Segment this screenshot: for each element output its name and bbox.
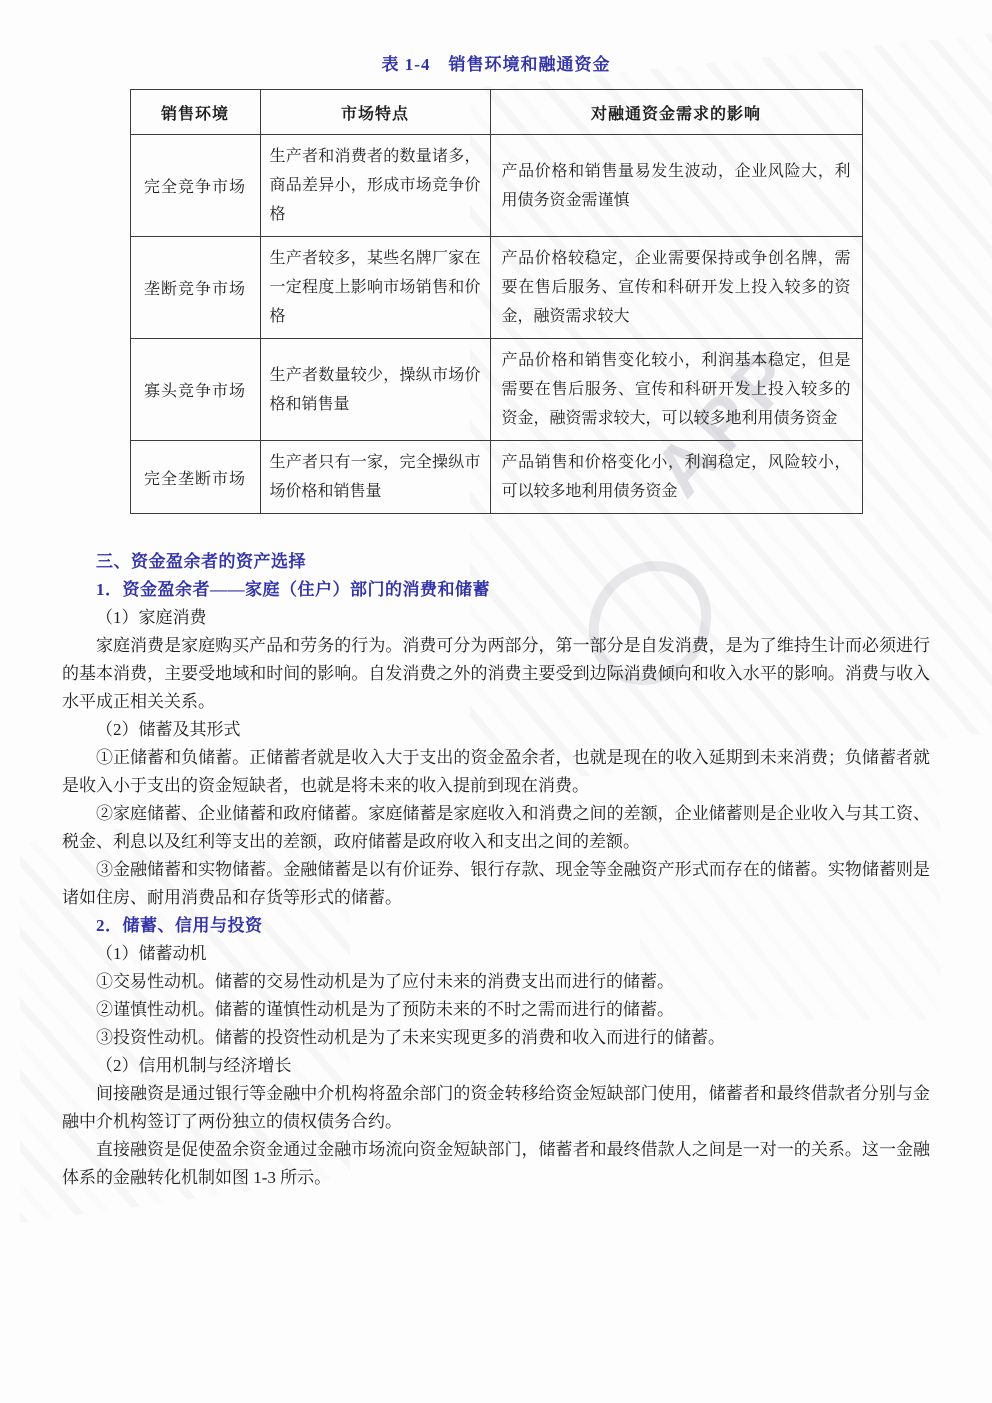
cell-feature: 生产者数量较少，操纵市场价格和销售量 bbox=[260, 339, 490, 441]
subsection-heading-1: 1．资金盈余者——家庭（住户）部门的消费和储蓄 bbox=[62, 576, 930, 604]
cell-feature: 生产者较多，某些名牌厂家在一定程度上影响市场销售和价格 bbox=[260, 237, 490, 339]
header-market-feature: 市场特点 bbox=[260, 90, 490, 135]
paragraph-investment-motive: ③投资性动机。储蓄的投资性动机是为了未来实现更多的消费和收入而进行的储蓄。 bbox=[62, 1024, 930, 1052]
body-text: 三、资金盈余者的资产选择 1．资金盈余者——家庭（住户）部门的消费和储蓄 （1）… bbox=[62, 548, 930, 1192]
paragraph-indirect-financing: 间接融资是通过银行等金融中介机构将盈余部门的资金转移给资金短缺部门使用，储蓄者和… bbox=[62, 1080, 930, 1136]
table-caption: 表 1-4 销售环境和融通资金 bbox=[0, 0, 992, 75]
table-row: 完全竞争市场 生产者和消费者的数量诸多，商品差异小，形成市场竞争价格 产品价格和… bbox=[130, 135, 862, 237]
paragraph-direct-financing: 直接融资是促使盈余资金通过金融市场流向资金短缺部门，储蓄者和最终借款人之间是一对… bbox=[62, 1136, 930, 1192]
cell-feature: 生产者和消费者的数量诸多，商品差异小，形成市场竞争价格 bbox=[260, 135, 490, 237]
paragraph-household-consumption: 家庭消费是家庭购买产品和劳务的行为。消费可分为两部分，第一部分是自发消费，是为了… bbox=[62, 632, 930, 716]
header-financing-impact: 对融通资金需求的影响 bbox=[490, 90, 862, 135]
table-header-row: 销售环境 市场特点 对融通资金需求的影响 bbox=[130, 90, 862, 135]
table-row: 垄断竞争市场 生产者较多，某些名牌厂家在一定程度上影响市场销售和价格 产品价格较… bbox=[130, 237, 862, 339]
cell-feature: 生产者只有一家，完全操纵市场价格和销售量 bbox=[260, 441, 490, 514]
scanned-document-page: APP 表 1-4 销售环境和融通资金 销售环境 市场特点 对融通资金需求的影响… bbox=[0, 0, 992, 1403]
table-row: 寡头竞争市场 生产者数量较少，操纵市场价格和销售量 产品价格和销售变化较小，利润… bbox=[130, 339, 862, 441]
cell-environment: 垄断竞争市场 bbox=[130, 237, 260, 339]
cell-impact: 产品价格较稳定，企业需要保持或争创名牌，需要在售后服务、宣传和科研开发上投入较多… bbox=[490, 237, 862, 339]
paragraph-positive-negative-saving: ①正储蓄和负储蓄。正储蓄者就是收入大于支出的资金盈余者，也就是现在的收入延期到未… bbox=[62, 744, 930, 800]
cell-environment: 完全竞争市场 bbox=[130, 135, 260, 237]
paragraph-transaction-motive: ①交易性动机。储蓄的交易性动机是为了应付未来的消费支出而进行的储蓄。 bbox=[62, 968, 930, 996]
sales-environment-table: 销售环境 市场特点 对融通资金需求的影响 完全竞争市场 生产者和消费者的数量诸多… bbox=[130, 89, 863, 514]
header-sales-environment: 销售环境 bbox=[130, 90, 260, 135]
item-heading-household-consumption: （1）家庭消费 bbox=[62, 604, 930, 632]
item-heading-saving-motives: （1）储蓄动机 bbox=[62, 940, 930, 968]
cell-impact: 产品销售和价格变化小，利润稳定，风险较小，可以较多地利用债务资金 bbox=[490, 441, 862, 514]
item-heading-credit-mechanism: （2）信用机制与经济增长 bbox=[62, 1052, 930, 1080]
item-heading-savings-forms: （2）储蓄及其形式 bbox=[62, 716, 930, 744]
cell-impact: 产品价格和销售量易发生波动，企业风险大，利用债务资金需谨慎 bbox=[490, 135, 862, 237]
table-row: 完全垄断市场 生产者只有一家，完全操纵市场价格和销售量 产品销售和价格变化小，利… bbox=[130, 441, 862, 514]
cell-environment: 寡头竞争市场 bbox=[130, 339, 260, 441]
paragraph-precautionary-motive: ②谨慎性动机。储蓄的谨慎性动机是为了预防未来的不时之需而进行的储蓄。 bbox=[62, 996, 930, 1024]
cell-environment: 完全垄断市场 bbox=[130, 441, 260, 514]
section-heading: 三、资金盈余者的资产选择 bbox=[62, 548, 930, 576]
paragraph-financial-physical-saving: ③金融储蓄和实物储蓄。金融储蓄是以有价证券、银行存款、现金等金融资产形式而存在的… bbox=[62, 856, 930, 912]
paragraph-household-enterprise-government-saving: ②家庭储蓄、企业储蓄和政府储蓄。家庭储蓄是家庭收入和消费之间的差额，企业储蓄则是… bbox=[62, 800, 930, 856]
cell-impact: 产品价格和销售变化较小，利润基本稳定，但是需要在售后服务、宣传和科研开发上投入较… bbox=[490, 339, 862, 441]
subsection-heading-2: 2．储蓄、信用与投资 bbox=[62, 912, 930, 940]
